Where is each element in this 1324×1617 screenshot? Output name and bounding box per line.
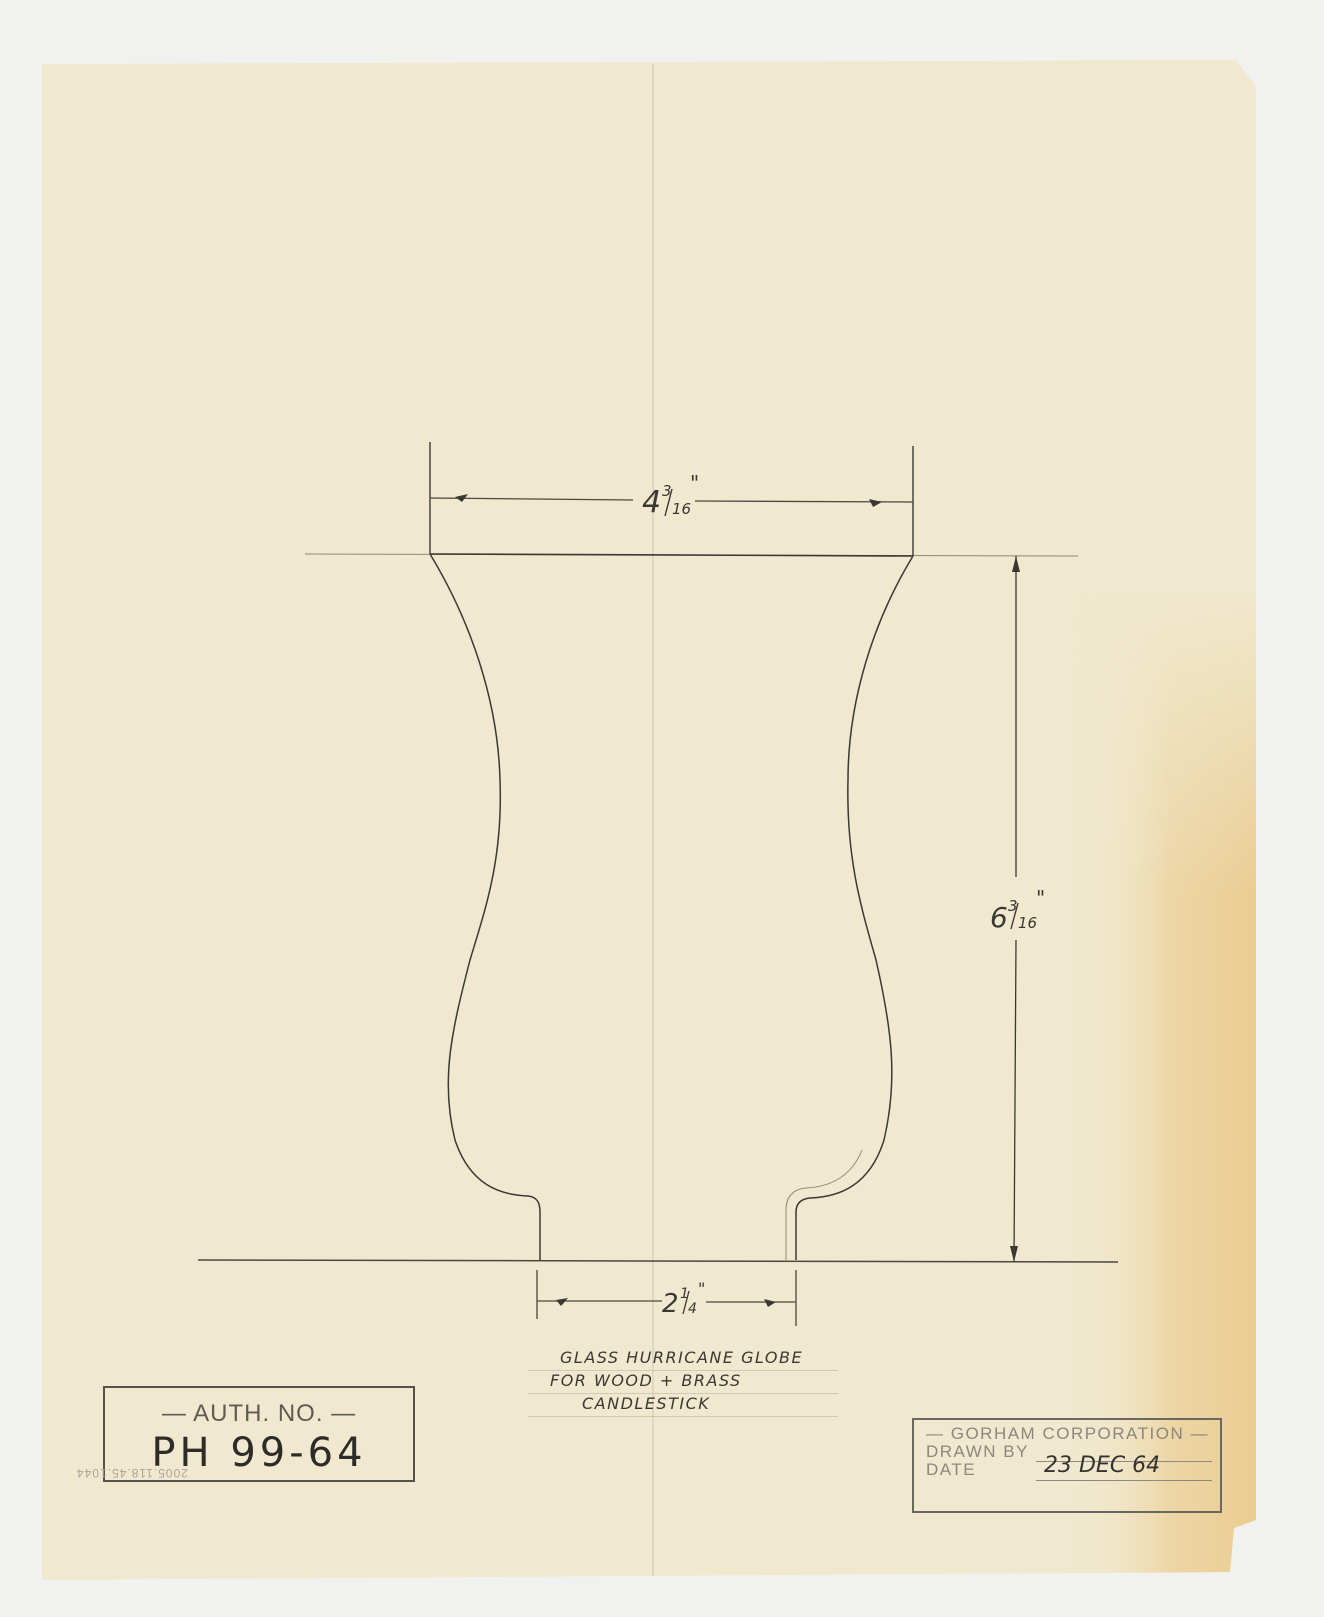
- caption-line-3: CANDLESTICK: [528, 1394, 838, 1417]
- arrow-left-icon: [556, 1298, 568, 1306]
- svg-text:": ": [698, 1279, 705, 1298]
- arrow-right-icon: [764, 1299, 776, 1307]
- accession-number: 2005.118.45.1044: [76, 1466, 188, 1480]
- caption-line-2: FOR WOOD + BRASS: [528, 1371, 838, 1394]
- arrow-up-icon: [1012, 556, 1020, 572]
- date-rule: [1036, 1480, 1212, 1481]
- title-block: — GORHAM CORPORATION — DRAWN BY DATE 23 …: [912, 1418, 1222, 1513]
- arrow-down-icon: [1010, 1246, 1018, 1262]
- drawing-caption: GLASS HURRICANE GLOBE FOR WOOD + BRASS C…: [528, 1348, 838, 1417]
- base-width-label: 2: [662, 1289, 679, 1319]
- height-label: 6: [990, 901, 1008, 934]
- svg-text:": ": [1036, 886, 1045, 910]
- svg-text:16: 16: [1018, 914, 1037, 932]
- svg-text:4: 4: [688, 1301, 697, 1317]
- svg-text:": ": [690, 471, 699, 495]
- arrow-right-icon: [869, 499, 882, 507]
- auth-number-label: — AUTH. NO. —: [105, 1400, 413, 1428]
- globe-left-profile: [430, 554, 540, 1260]
- drawn-by-label: DRAWN BY: [926, 1442, 1029, 1462]
- company-name: — GORHAM CORPORATION —: [926, 1424, 1209, 1444]
- date-label: DATE: [926, 1460, 976, 1480]
- globe-rim: [430, 554, 913, 556]
- base-line: [198, 1260, 1118, 1262]
- globe-right-profile: [796, 556, 913, 1260]
- top-width-label: 4: [642, 485, 661, 520]
- date-value: 23 DEC 64: [1044, 1453, 1160, 1478]
- height-dimension-line-bottom: [1014, 940, 1016, 1262]
- svg-text:16: 16: [672, 500, 691, 518]
- caption-line-1: GLASS HURRICANE GLOBE: [528, 1348, 838, 1371]
